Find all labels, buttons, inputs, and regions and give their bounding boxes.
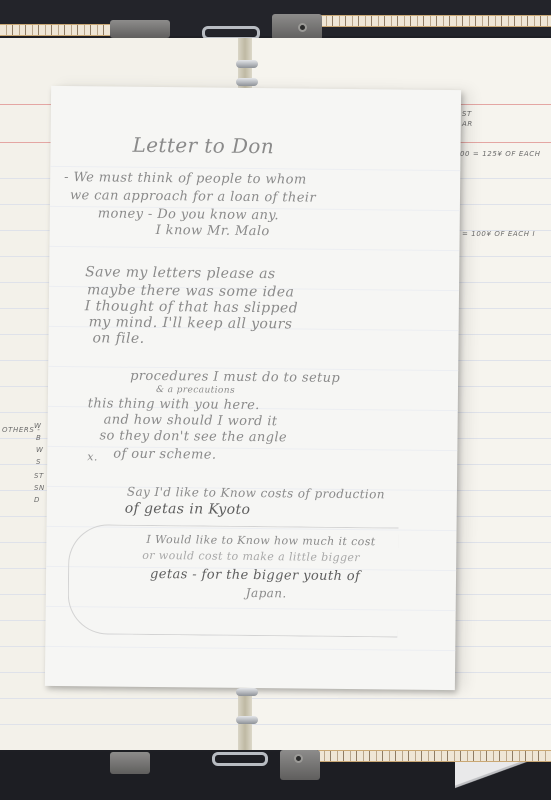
binder-ring-icon [236,688,258,696]
note-line: Save my letters please as [85,264,276,282]
ledger-left-item: W [36,446,44,454]
ledger-left-item: S [36,458,41,466]
ledger-row: = 100¥ OF EACH I [462,230,535,238]
handwritten-note: Letter to Don - We must think of people … [45,86,461,690]
note-line: getas - for the bigger youth of [150,567,360,584]
ledger-column-head: ST [462,110,472,118]
screw-icon [298,23,307,32]
note-margin-mark: x. [87,450,98,463]
ledger-column-head: AR [462,120,473,128]
note-line: I know Mr. Malo [156,223,270,239]
binder-clip-top-left [110,20,170,38]
note-line: Japan. [246,586,287,600]
note-line: procedures I must do to setup [130,369,340,386]
binder-ring-lever-bottom [212,752,268,766]
note-line: - We must think of people to whom [64,170,307,188]
ornamental-strip-top-left [0,24,110,36]
ledger-left-item: D [34,496,40,504]
note-line: of our scheme. [113,447,216,463]
ledger-left-item: W [34,422,42,430]
screw-icon [294,754,303,763]
binder-clip-bottom-right [280,750,320,780]
ornamental-strip-bottom-right [318,750,551,762]
binder-ring-icon [236,716,258,724]
note-line: I Would like to Know how much it cost [146,533,375,548]
ledger-left-item: B [36,434,41,442]
note-salutation: Letter to Don [132,133,274,158]
note-line: or would cost to make a little bigger [142,549,360,564]
note-line: of getas in Kyoto [125,501,251,518]
note-line: we can approach for a loan of their [70,188,316,206]
note-line: and how should I word it [104,412,278,429]
binder-clip-top-right [272,14,322,40]
ledger-left-item: ST [34,472,44,480]
ornamental-strip-top-right [320,15,551,27]
ledger-row: 00 = 125¥ OF EACH [460,150,541,158]
ledger-left-item: SN [34,484,45,492]
binder-ring-icon [236,60,258,68]
note-line: money - Do you know any. [98,206,279,223]
note-line: so they don't see the angle [99,428,287,445]
binder-ring-icon [236,78,258,86]
note-insert: & a precautions [156,385,235,396]
note-line: this thing with you here. [88,396,260,413]
binder-clip-bottom-left [110,752,150,774]
note-line: Say I'd like to Know costs of production [127,485,385,502]
note-line: on file. [92,330,144,347]
